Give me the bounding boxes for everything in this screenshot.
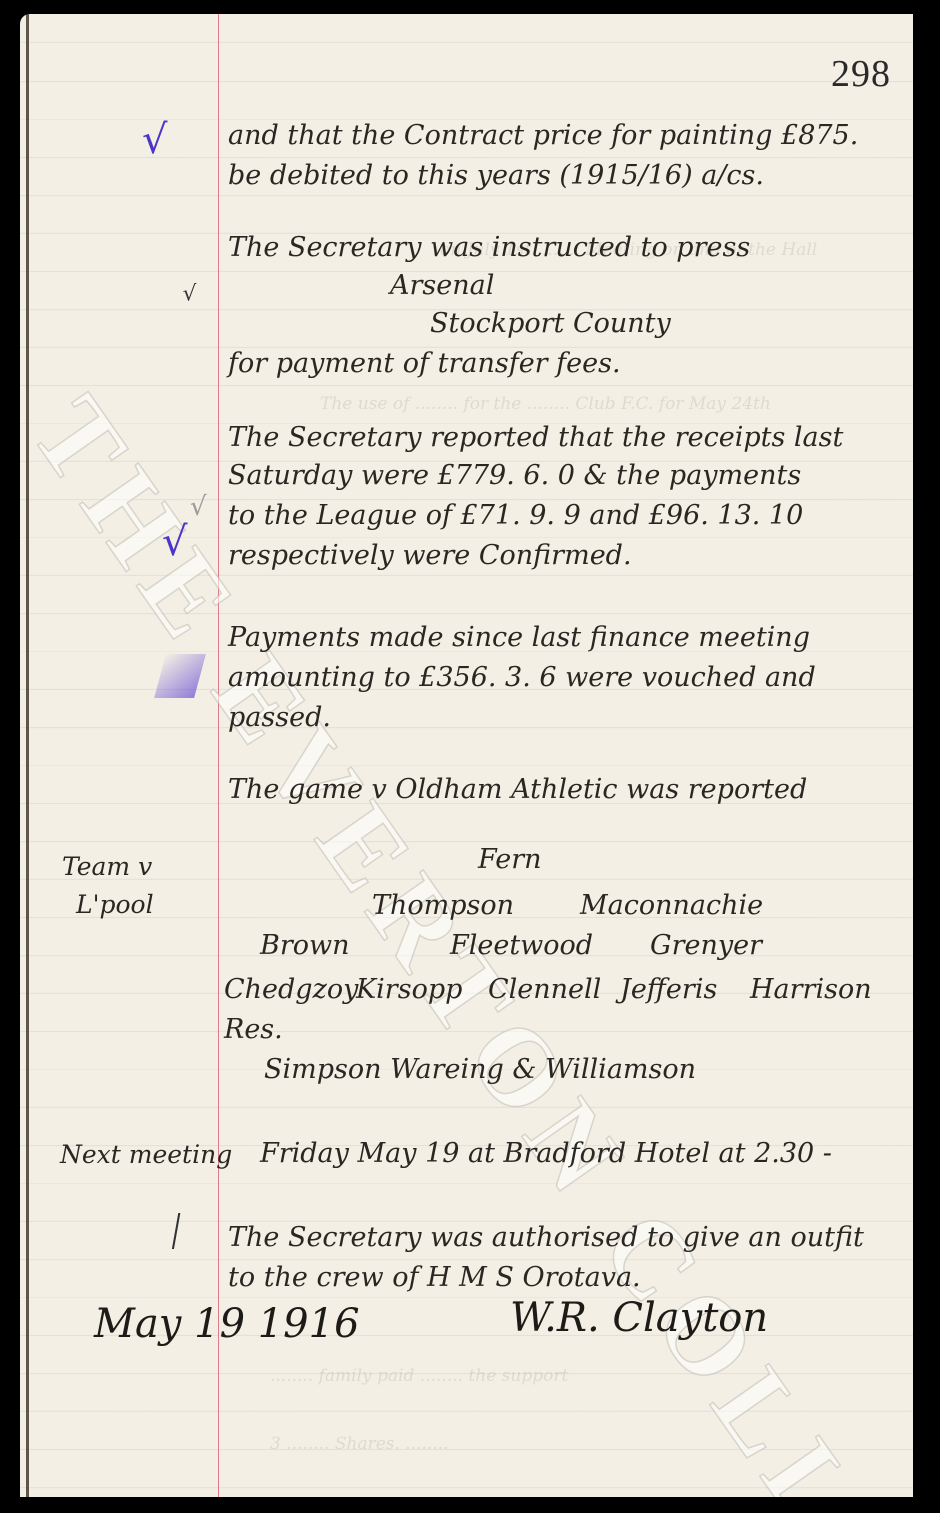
entry-line: to the crew of H M S Orotava.	[228, 1264, 641, 1291]
red-margin-rule	[218, 14, 219, 1497]
player-back: Thompson	[372, 892, 514, 919]
entry-line: respectively were Confirmed.	[228, 542, 632, 569]
entry-line: passed.	[228, 704, 331, 731]
player-forward: Kirsopp	[356, 976, 462, 1003]
entry-line: The game v Oldham Athletic was reported	[228, 776, 807, 803]
entry-line: The Secretary was instructed to press	[228, 234, 750, 261]
reserves-label: Res.	[224, 1016, 283, 1043]
entry-line: Payments made since last finance meeting	[228, 624, 810, 651]
margin-note: Team v	[62, 854, 152, 879]
show-through-text: ........ family paid ........ the suppor…	[270, 1366, 568, 1386]
entry-line: to the League of £71. 9. 9 and £96. 13. …	[228, 502, 803, 529]
club-name: Stockport County	[430, 310, 671, 337]
entry-line: for payment of transfer fees.	[228, 350, 621, 377]
club-name: Arsenal	[390, 272, 494, 299]
show-through-text: The use of ........ for the ........ Clu…	[320, 394, 771, 414]
book-spine	[26, 14, 29, 1497]
entry-line: Friday May 19 at Bradford Hotel at 2.30 …	[260, 1140, 832, 1167]
player-goalkeeper: Fern	[478, 846, 542, 873]
minutes-date: May 19 1916	[94, 1304, 360, 1344]
entry-line: Saturday were £779. 6. 0 & the payments	[228, 462, 801, 489]
player-half: Brown	[260, 932, 350, 959]
player-forward: Harrison	[750, 976, 872, 1003]
reserves-list: Simpson Wareing & Williamson	[264, 1056, 696, 1083]
entry-line: The Secretary was authorised to give an …	[228, 1224, 864, 1251]
show-through-text: 3 ........ Shares. ........	[270, 1434, 449, 1454]
margin-note: Next meeting	[60, 1142, 232, 1167]
entry-line: The Secretary reported that the receipts…	[228, 424, 843, 451]
blue-tick-icon: √	[162, 522, 188, 562]
player-back: Maconnachie	[580, 892, 763, 919]
ink-tick-icon: √	[183, 283, 197, 305]
player-half: Fleetwood	[450, 932, 593, 959]
player-forward: Clennell	[488, 976, 601, 1003]
ink-tick-icon: /	[172, 1210, 180, 1253]
margin-note: L'pool	[76, 892, 154, 917]
blue-tick-icon: √	[142, 120, 168, 160]
player-forward: Chedgzoy	[224, 976, 358, 1003]
entry-line: amounting to £356. 3. 6 were vouched and	[228, 664, 816, 691]
page-number: 298	[831, 52, 891, 96]
minute-book-page: on July 1st ........ Meeting on and of t…	[20, 14, 913, 1497]
chairman-signature: W.R. Clayton	[510, 1298, 768, 1338]
blue-pencil-mark-icon	[154, 654, 206, 698]
entry-line: be debited to this years (1915/16) a/cs.	[228, 162, 764, 189]
entry-line: and that the Contract price for painting…	[228, 122, 858, 149]
player-forward: Jefferis	[620, 976, 717, 1003]
player-half: Grenyer	[650, 932, 762, 959]
pencil-tick-icon: √	[190, 494, 207, 520]
